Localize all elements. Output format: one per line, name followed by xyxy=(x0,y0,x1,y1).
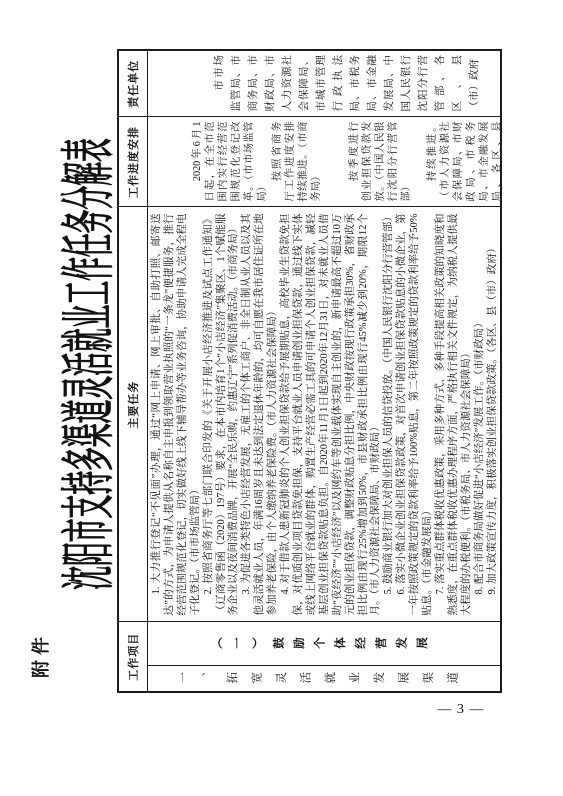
schedule-item: 按照省商务厅工作进度安排持续推进。（市商务局） xyxy=(271,122,323,202)
page-number: — 3 — xyxy=(430,702,492,718)
task-item: 2. 按照省商务厅等七部门联合印发的《关于开展小店经济推进及试点工作通知》（辽商… xyxy=(203,214,242,616)
task-item: 3. 为促进各类特色小店经营发展，无雇工的个体工商户、非全日制从业人员以及其他灵… xyxy=(241,214,280,616)
schedule-item: 按季度进行创业担保贷款发放。（中国人民银行沈阳分行营管部） xyxy=(348,122,413,202)
attachment-label: 附件 xyxy=(27,632,53,678)
schedule-item: 2020年6月1日起，在全市范围内实行经营范围规范化登记改革。（市市场监管局） xyxy=(191,122,269,202)
task-list: 1. 大力推行登记“不见面”办理，通过“网上申请、网上审批、自助打照、邮寄送达”… xyxy=(148,208,500,622)
project-major-text: 一、拓宽灵活就业发展渠道 xyxy=(177,671,471,687)
task-item: 8. 配合市商务局做好促进“小店经济”发展工作。（市财政局） xyxy=(474,214,487,616)
rotated-landscape-sheet: 附件 沈阳市支持多渠道灵活就业工作任务分解表 工作项目 主要任务 工作进度安排 … xyxy=(0,0,563,796)
header-work-project: 工作项目 xyxy=(118,622,148,692)
document-page: 附件 沈阳市支持多渠道灵活就业工作任务分解表 工作项目 主要任务 工作进度安排 … xyxy=(0,0,563,796)
main-tasks-cell: 1. 大力推行登记“不见面”办理，通过“网上申请、网上审批、自助打照、邮寄送达”… xyxy=(148,207,502,622)
page-title: 沈阳市支持多渠道灵活就业工作任务分解表 xyxy=(54,42,114,686)
responsible-units-text: 市市场监管局、市商务局、市财政局、市人力资源社会保障局、市城市管理行政执法局、市… xyxy=(211,55,483,112)
page-title-text: 沈阳市支持多渠道灵活就业工作任务分解表 xyxy=(46,138,123,589)
task-item: 5. 鼓励商业银行加大对创业担保人员的信贷投放。（中国人民银行沈阳分行营管部） xyxy=(383,214,396,616)
task-item: 4. 对于借款人患新冠肺炎的个人创业担保贷款给予展期贴息，高校毕业生贷款免担保，… xyxy=(280,214,383,616)
project-sub-text: （一）鼓励个体经营发展 xyxy=(211,636,437,652)
header-work-schedule: 工作进度安排 xyxy=(118,117,148,207)
schedule-cell: 2020年6月1日起，在全市范围内实行经营范围规范化登记改革。（市市场监管局）按… xyxy=(148,117,502,207)
table-header-row: 工作项目 主要任务 工作进度安排 责任单位 xyxy=(118,50,148,692)
responsible-units-cell: 市市场监管局、市商务局、市财政局、市人力资源社会保障局、市城市管理行政执法局、市… xyxy=(148,50,502,117)
header-responsible-unit: 责任单位 xyxy=(118,50,148,117)
task-item: 1. 大力推行登记“不见面”办理，通过“网上申请、网上审批、自助打照、邮寄送达”… xyxy=(151,214,203,616)
task-item: 6. 落实小微企业创业担保贷款政策，对首次申请创业担保贷款贴息的小微企业，第一年… xyxy=(396,214,435,616)
table-body-row: 一、拓宽灵活就业发展渠道 （一）鼓励个体经营发展 1. 大力推行登记“不见面”办… xyxy=(148,50,502,692)
header-main-tasks: 主要任务 xyxy=(118,207,148,622)
task-breakdown-table: 工作项目 主要任务 工作进度安排 责任单位 一、拓宽灵活就业发展渠道 （一） xyxy=(117,49,502,693)
schedule-item: 持续推进。（市人力资源社会保障局、市财政局、市税务局、市金融发展局、各区、县（市… xyxy=(426,122,500,202)
project-major-cell: 一、拓宽灵活就业发展渠道 xyxy=(148,666,502,692)
schedule-list: 2020年6月1日起，在全市范围内实行经营范围规范化登记改革。（市市场监管局）按… xyxy=(148,118,500,207)
task-item: 9. 加大政策宣传力度，积极落实创业担保贷款政策。（各区、县（市）政府） xyxy=(487,214,500,616)
project-sub-cell: （一）鼓励个体经营发展 xyxy=(148,622,502,666)
task-item: 7. 落实重点群体税收优惠政策，采用多种方式、多种手段提高相关政策的知晓度和熟悉… xyxy=(435,214,474,616)
